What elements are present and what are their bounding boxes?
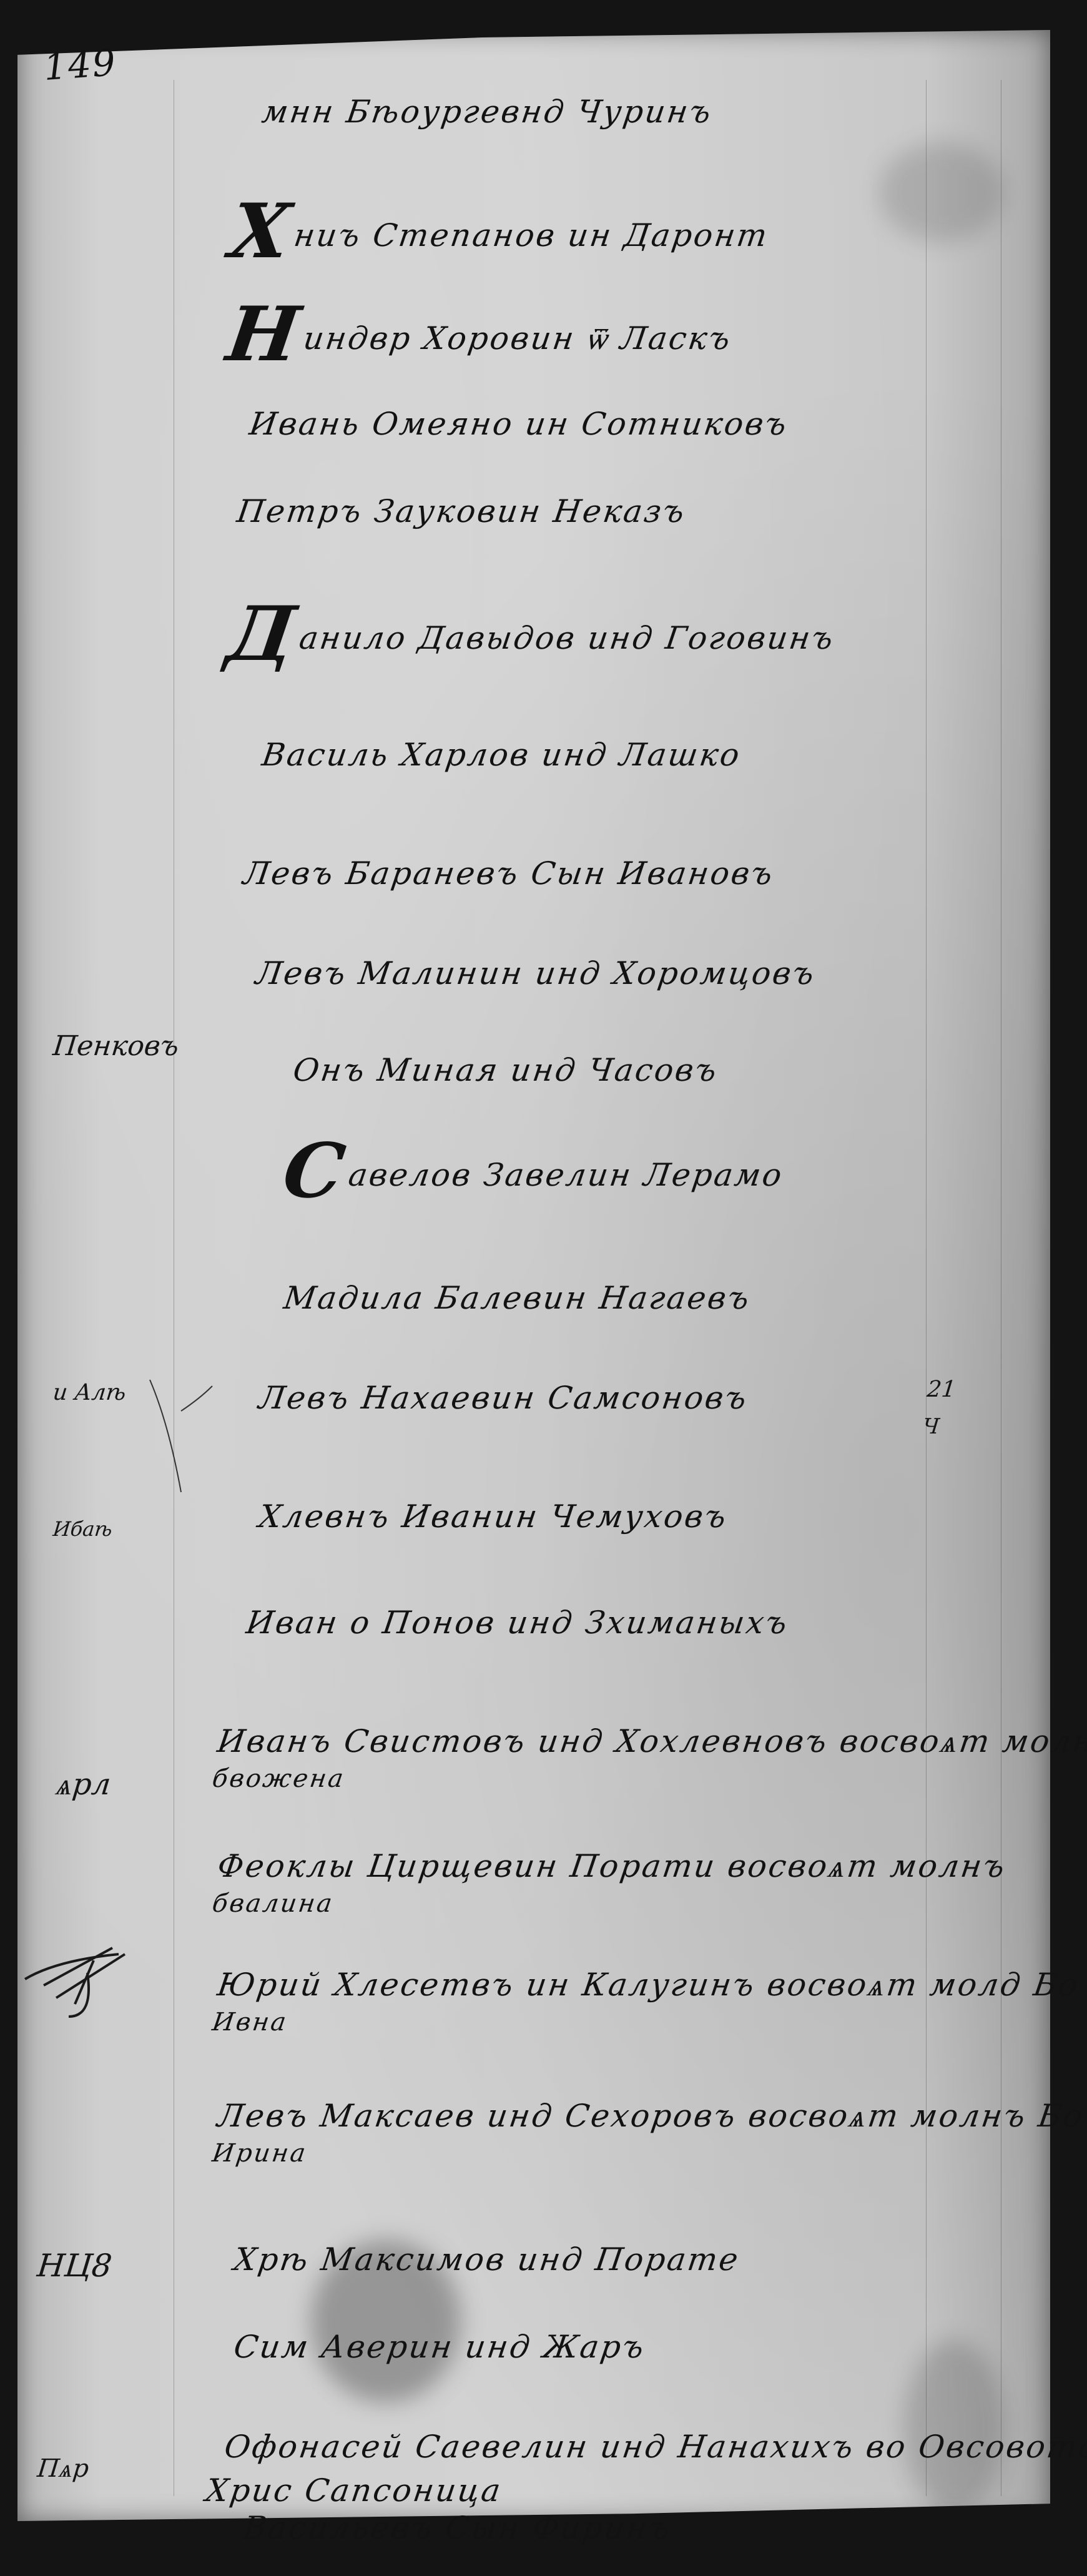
margin-note: Ибаѣ [52,1517,114,1541]
margin-note: Пенковъ [51,1030,180,1062]
margin-note: ѧрл [54,1767,112,1802]
margin-note: Ч [922,1414,940,1439]
margin-note: Пѧр [36,2454,91,2483]
margin-note: 21 [926,1377,957,1402]
marginal-scribble-icon [19,1923,144,2023]
margin-notes: Пенковъи АлѣИбаѣѧрлНЦ8Пѧр21Ч [0,0,1087,2576]
margin-note: НЦ8 [36,2248,114,2284]
marginal-flourish-icon [144,1374,219,1498]
margin-note: и Алѣ [52,1380,127,1405]
